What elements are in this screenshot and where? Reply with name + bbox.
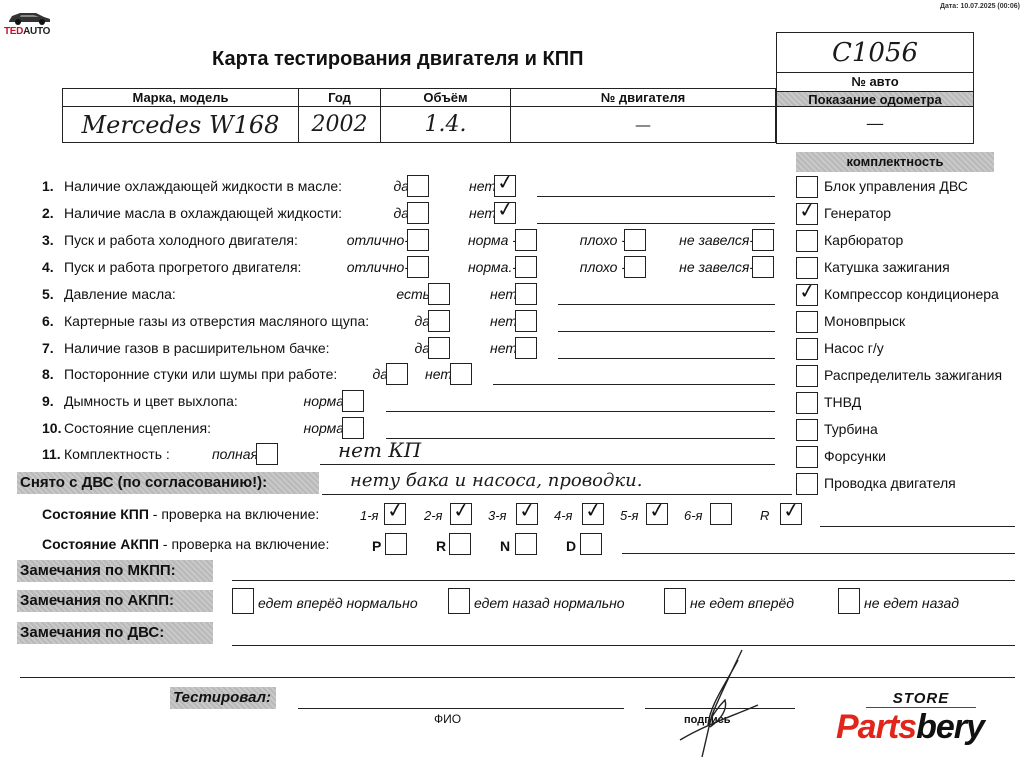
gear-label: 4-я — [554, 508, 573, 523]
check-item-text: Наличие газов в расширительном бачке: — [64, 340, 330, 356]
akpp-remark-label: едет вперёд нормально — [258, 595, 418, 611]
check-item-number: 9. — [42, 393, 64, 409]
check-item-number: 7. — [42, 340, 64, 356]
engine-number-value: — — [511, 107, 776, 143]
car-number-value: C1056 — [777, 33, 973, 73]
check-option-checkbox[interactable] — [428, 283, 450, 305]
check-item-label: 8.Посторонние стуки или шумы при работе: — [42, 366, 337, 382]
volume-value: 1.4. — [381, 107, 511, 143]
gear-checkbox[interactable] — [780, 503, 802, 525]
check-option-label: плохо - — [580, 232, 626, 248]
page-title: Карта тестирования двигателя и КПП — [212, 48, 583, 71]
check-item-text: Посторонние стуки или шумы при работе: — [64, 366, 337, 382]
check-item-text: Картерные газы из отверстия масляного щу… — [64, 313, 369, 329]
kit-item-label: Распределитель зажигания — [824, 367, 1002, 383]
check-item-number: 11. — [42, 446, 64, 462]
column-header-volume: Объём — [381, 89, 511, 107]
akpp-label-bold: Состояние АКПП — [42, 536, 159, 552]
check-option-checkbox[interactable] — [407, 256, 429, 278]
kit-item-checkbox[interactable] — [796, 392, 818, 414]
kit-item-checkbox[interactable] — [796, 311, 818, 333]
akpp-position-label: P — [372, 538, 381, 554]
check-option-label: норма.- — [468, 259, 517, 275]
akpp-position-checkbox[interactable] — [580, 533, 602, 555]
remarks-akpp-label: Замечания по АКПП: — [17, 590, 213, 612]
check-option-checkbox[interactable] — [450, 363, 472, 385]
check-item-text: Давление масла: — [64, 286, 176, 302]
check-item-number: 4. — [42, 259, 64, 275]
gear-checkbox[interactable] — [516, 503, 538, 525]
gear-label: 3-я — [488, 508, 507, 523]
check-item-text: Пуск и работа холодного двигателя: — [64, 232, 298, 248]
kit-item-checkbox[interactable] — [796, 473, 818, 495]
logo-red-text: TED — [4, 26, 23, 37]
removed-label: Снято с ДВС (по согласованию!): — [17, 472, 319, 494]
kit-item-label: ТНВД — [824, 394, 861, 410]
check-option-checkbox[interactable] — [342, 417, 364, 439]
check-item-number: 6. — [42, 313, 64, 329]
gear-label: 6-я — [684, 508, 703, 523]
check-option-label: норма - — [468, 232, 517, 248]
vehicle-info-table: Марка, модель Год Объём № двигателя Merc… — [62, 88, 776, 143]
check-option-checkbox[interactable] — [428, 310, 450, 332]
kit-item-label: Турбина — [824, 421, 878, 437]
kit-item-label: Карбюратор — [824, 232, 903, 248]
gear-label: 2-я — [424, 508, 443, 523]
kit-item-label: Блок управления ДВС — [824, 178, 968, 194]
kit-item-label: Насос г/у — [824, 340, 884, 356]
check-option-label: полная — [212, 446, 258, 462]
check-item-label: 9.Дымность и цвет выхлопа: — [42, 393, 238, 409]
check-item-number: 8. — [42, 366, 64, 382]
gear-checkbox[interactable] — [384, 503, 406, 525]
kit-item-label: Катушка зажигания — [824, 259, 950, 275]
check-note-line — [558, 331, 775, 332]
column-header-engine-number: № двигателя — [511, 89, 776, 107]
column-header-year: Год — [299, 89, 381, 107]
check-item-number: 2. — [42, 205, 64, 221]
check-option-label: не завелся- — [679, 232, 754, 248]
check-item-number: 5. — [42, 286, 64, 302]
check-item-label: 11.Комплектность : — [42, 446, 170, 462]
model-value: Mercedes W168 — [63, 107, 299, 143]
check-item-text: Пуск и работа прогретого двигателя: — [64, 259, 301, 275]
akpp-remark-label: не едет вперёд — [690, 595, 794, 611]
check-option-checkbox[interactable] — [624, 229, 646, 251]
check-option-label: норма — [303, 393, 344, 409]
tedauto-logo: TEDAUTO — [4, 8, 54, 37]
kit-item-checkbox[interactable] — [796, 284, 818, 306]
check-option-checkbox[interactable] — [624, 256, 646, 278]
gear-checkbox[interactable] — [710, 503, 732, 525]
check-item-number: 1. — [42, 178, 64, 194]
akpp-position-label: D — [566, 538, 576, 554]
check-option-label: есть — [396, 286, 430, 302]
check-option-label: плохо - — [580, 259, 626, 275]
gear-checkbox[interactable] — [450, 503, 472, 525]
check-option-checkbox[interactable] — [407, 175, 429, 197]
kpp-label: Состояние КПП - проверка на включение: — [42, 506, 319, 522]
check-note-line — [386, 411, 775, 412]
odometer-label: Показание одометра — [777, 91, 973, 107]
kit-item-label: Моновпрыск — [824, 313, 905, 329]
check-option-label: нет — [469, 205, 496, 221]
gear-checkbox[interactable] — [582, 503, 604, 525]
gear-label: 1-я — [360, 508, 379, 523]
odometer-value: — — [777, 107, 973, 141]
remarks-dvs-label: Замечания по ДВС: — [17, 622, 213, 644]
check-note-line — [537, 196, 775, 197]
check-option-checkbox[interactable] — [386, 363, 408, 385]
kit-item-label: Генератор — [824, 205, 891, 221]
check-option-checkbox[interactable] — [407, 202, 429, 224]
check-item-label: 4.Пуск и работа прогретого двигателя: — [42, 259, 301, 275]
check-item-number: 10. — [42, 420, 64, 436]
brand-red-text: Parts — [836, 708, 916, 746]
partsbery-logo: STORE Partsbery — [836, 690, 1006, 746]
kit-title: комплектность — [796, 152, 994, 172]
kit-item-checkbox[interactable] — [796, 365, 818, 387]
akpp-label: Состояние АКПП - проверка на включение: — [42, 536, 329, 552]
akpp-remark-checkbox[interactable] — [448, 588, 470, 614]
check-option-checkbox[interactable] — [494, 175, 516, 197]
check-item-text: Состояние сцепления: — [64, 420, 211, 436]
akpp-remark-label: едет назад нормально — [474, 595, 625, 611]
check-note-line — [493, 384, 775, 385]
check-item-label: 10.Состояние сцепления: — [42, 420, 211, 436]
check-option-checkbox[interactable] — [407, 229, 429, 251]
check-item-label: 3.Пуск и работа холодного двигателя: — [42, 232, 298, 248]
akpp-position-label: N — [500, 538, 510, 554]
kit-item-label: Компрессор кондиционера — [824, 286, 999, 302]
removed-note: нету бака и насоса, проводки. — [350, 470, 642, 491]
kit-item-checkbox[interactable] — [796, 230, 818, 252]
check-item-text: Дымность и цвет выхлопа: — [64, 393, 238, 409]
akpp-position-checkbox[interactable] — [385, 533, 407, 555]
car-icon — [6, 8, 52, 26]
kit-item-label: Форсунки — [824, 448, 886, 464]
tested-by-label: Тестировал: — [170, 687, 276, 709]
car-number-box: C1056 № авто Показание одометра — — [776, 32, 974, 144]
check-item-text: Комплектность : — [64, 446, 170, 462]
date-stamp: Дата: 10.07.2025 (00:06) — [940, 3, 1020, 10]
check-option-label: нет — [490, 286, 517, 302]
kit-item-checkbox[interactable] — [796, 257, 818, 279]
brand-black-text: bery — [916, 708, 984, 746]
check-option-label: нет — [425, 366, 452, 382]
kit-item-label: Проводка двигателя — [824, 475, 956, 491]
check-item-label: 1.Наличие охлаждающей жидкости в масле: — [42, 178, 342, 194]
check-item-label: 6.Картерные газы из отверстия масляного … — [42, 313, 369, 329]
akpp-remark-checkbox[interactable] — [838, 588, 860, 614]
check-option-label: отлично- — [347, 232, 409, 248]
signature-mark — [650, 645, 760, 760]
car-number-label: № авто — [777, 73, 973, 91]
akpp-label-rest: - проверка на включение: — [159, 536, 329, 552]
column-header-model: Марка, модель — [63, 89, 299, 107]
check-note-line — [537, 223, 775, 224]
kit-item-checkbox[interactable] — [796, 176, 818, 198]
store-text: STORE — [866, 690, 976, 708]
gear-label: R — [760, 508, 769, 523]
kit-item-checkbox[interactable] — [796, 203, 818, 225]
akpp-remark-checkbox[interactable] — [232, 588, 254, 614]
check-option-label: норма — [303, 420, 344, 436]
name-caption: ФИО — [434, 712, 461, 726]
check-option-checkbox[interactable] — [515, 310, 537, 332]
check-item-note: нет КП — [338, 438, 421, 462]
check-item-number: 3. — [42, 232, 64, 248]
akpp-position-label: R — [436, 538, 446, 554]
year-value: 2002 — [299, 107, 381, 143]
check-option-checkbox[interactable] — [256, 443, 278, 465]
akpp-remark-label: не едет назад — [864, 595, 959, 611]
kit-item-checkbox[interactable] — [796, 419, 818, 441]
check-option-label: нет — [490, 313, 517, 329]
check-item-label: 2.Наличие масла в охлаждающей жидкости: — [42, 205, 342, 221]
check-item-label: 7.Наличие газов в расширительном бачке: — [42, 340, 330, 356]
check-note-line — [558, 304, 775, 305]
remarks-mkpp-label: Замечания по МКПП: — [17, 560, 213, 582]
check-item-text: Наличие масла в охлаждающей жидкости: — [64, 205, 342, 221]
check-option-checkbox[interactable] — [752, 229, 774, 251]
check-note-line — [320, 464, 775, 465]
akpp-position-checkbox[interactable] — [449, 533, 471, 555]
check-option-label: нет — [490, 340, 517, 356]
check-option-label: отлично- — [347, 259, 409, 275]
check-option-checkbox[interactable] — [515, 283, 537, 305]
logo-black-text: AUTO — [23, 26, 50, 37]
akpp-remark-checkbox[interactable] — [664, 588, 686, 614]
check-option-label: нет — [469, 178, 496, 194]
check-item-text: Наличие охлаждающей жидкости в масле: — [64, 178, 342, 194]
check-option-checkbox[interactable] — [515, 337, 537, 359]
kpp-label-rest: - проверка на включение: — [149, 506, 319, 522]
gear-checkbox[interactable] — [646, 503, 668, 525]
check-note-line — [558, 358, 775, 359]
check-option-checkbox[interactable] — [428, 337, 450, 359]
gear-label: 5-я — [620, 508, 639, 523]
kpp-label-bold: Состояние КПП — [42, 506, 149, 522]
kit-item-checkbox[interactable] — [796, 338, 818, 360]
check-option-checkbox[interactable] — [515, 229, 537, 251]
check-option-checkbox[interactable] — [494, 202, 516, 224]
kit-item-checkbox[interactable] — [796, 446, 818, 468]
check-option-checkbox[interactable] — [752, 256, 774, 278]
akpp-position-checkbox[interactable] — [515, 533, 537, 555]
check-option-checkbox[interactable] — [342, 390, 364, 412]
check-item-label: 5.Давление масла: — [42, 286, 176, 302]
check-note-line — [386, 438, 775, 439]
check-option-label: не завелся- — [679, 259, 754, 275]
check-option-checkbox[interactable] — [515, 256, 537, 278]
